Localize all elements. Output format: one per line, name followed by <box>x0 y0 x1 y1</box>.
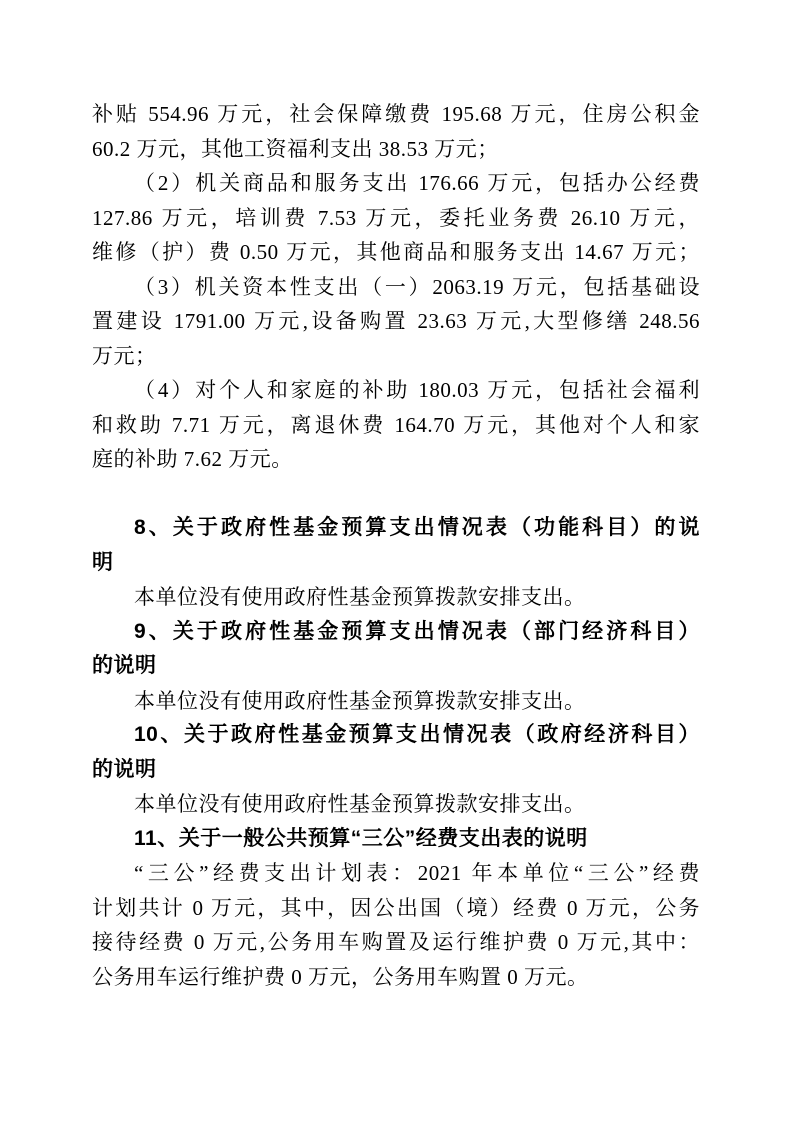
heading-line: 明 <box>92 546 700 581</box>
text-line: 万元； <box>92 339 700 374</box>
paragraph-goods-and-services: （2）机关商品和服务支出 176.66 万元，包括办公经费 127.86 万元，… <box>92 166 700 270</box>
text-line: 本单位没有使用政府性基金预算拨款安排支出。 <box>92 580 700 615</box>
text-line: 置建设 1791.00 万元,设备购置 23.63 万元,大型修缮 248.56 <box>92 304 700 339</box>
text-line: 补贴 554.96 万元，社会保障缴费 195.68 万元，住房公积金 <box>92 97 700 132</box>
paragraph-note-8: 本单位没有使用政府性基金预算拨款安排支出。 <box>92 580 700 615</box>
heading-line: 的说明 <box>92 753 700 788</box>
text-line: 本单位没有使用政府性基金预算拨款安排支出。 <box>92 787 700 822</box>
paragraph-three-public-expenses: “三公”经费支出计划表：2021 年本单位“三公”经费 计划共计 0 万元，其中… <box>92 856 700 994</box>
text-line: （2）机关商品和服务支出 176.66 万元，包括办公经费 <box>92 166 700 201</box>
text-line: 本单位没有使用政府性基金预算拨款安排支出。 <box>92 684 700 719</box>
paragraph-note-9: 本单位没有使用政府性基金预算拨款安排支出。 <box>92 684 700 719</box>
text-line: 和救助 7.71 万元，离退休费 164.70 万元，其他对个人和家 <box>92 408 700 443</box>
text-line: 维修（护）费 0.50 万元，其他商品和服务支出 14.67 万元； <box>92 235 700 270</box>
text-line: （3）机关资本性支出（一）2063.19 万元，包括基础设 <box>92 270 700 305</box>
heading-line: 的说明 <box>92 649 700 684</box>
paragraph-capital-expenditure: （3）机关资本性支出（一）2063.19 万元，包括基础设 置建设 1791.0… <box>92 270 700 374</box>
text-line: 计划共计 0 万元，其中，因公出国（境）经费 0 万元，公务 <box>92 891 700 926</box>
paragraph-individual-family-subsidy: （4）对个人和家庭的补助 180.03 万元，包括社会福利 和救助 7.71 万… <box>92 373 700 477</box>
heading-line: 8、关于政府性基金预算支出情况表（功能科目）的说 <box>92 511 700 546</box>
section-heading-11: 11、关于一般公共预算“三公”经费支出表的说明 <box>92 822 700 857</box>
text-line: （4）对个人和家庭的补助 180.03 万元，包括社会福利 <box>92 373 700 408</box>
section-heading-9: 9、关于政府性基金预算支出情况表（部门经济科目） 的说明 <box>92 615 700 684</box>
section-heading-8: 8、关于政府性基金预算支出情况表（功能科目）的说 明 <box>92 511 700 580</box>
text-line: 庭的补助 7.62 万元。 <box>92 442 700 477</box>
text-line: 公务用车运行维护费 0 万元，公务用车购置 0 万元。 <box>92 960 700 995</box>
text-line: 127.86 万元，培训费 7.53 万元，委托业务费 26.10 万元， <box>92 201 700 236</box>
paragraph-wage-benefits-continued: 补贴 554.96 万元，社会保障缴费 195.68 万元，住房公积金 60.2… <box>92 97 700 166</box>
text-line: “三公”经费支出计划表：2021 年本单位“三公”经费 <box>92 856 700 891</box>
text-line: 60.2 万元，其他工资福利支出 38.53 万元； <box>92 132 700 167</box>
document-page: 补贴 554.96 万元，社会保障缴费 195.68 万元，住房公积金 60.2… <box>0 0 793 1122</box>
heading-line: 10、关于政府性基金预算支出情况表（政府经济科目） <box>92 718 700 753</box>
paragraph-note-10: 本单位没有使用政府性基金预算拨款安排支出。 <box>92 787 700 822</box>
text-line: 接待经费 0 万元,公务用车购置及运行维护费 0 万元,其中： <box>92 925 700 960</box>
heading-line: 11、关于一般公共预算“三公”经费支出表的说明 <box>92 822 700 857</box>
section-heading-10: 10、关于政府性基金预算支出情况表（政府经济科目） 的说明 <box>92 718 700 787</box>
heading-line: 9、关于政府性基金预算支出情况表（部门经济科目） <box>92 615 700 650</box>
